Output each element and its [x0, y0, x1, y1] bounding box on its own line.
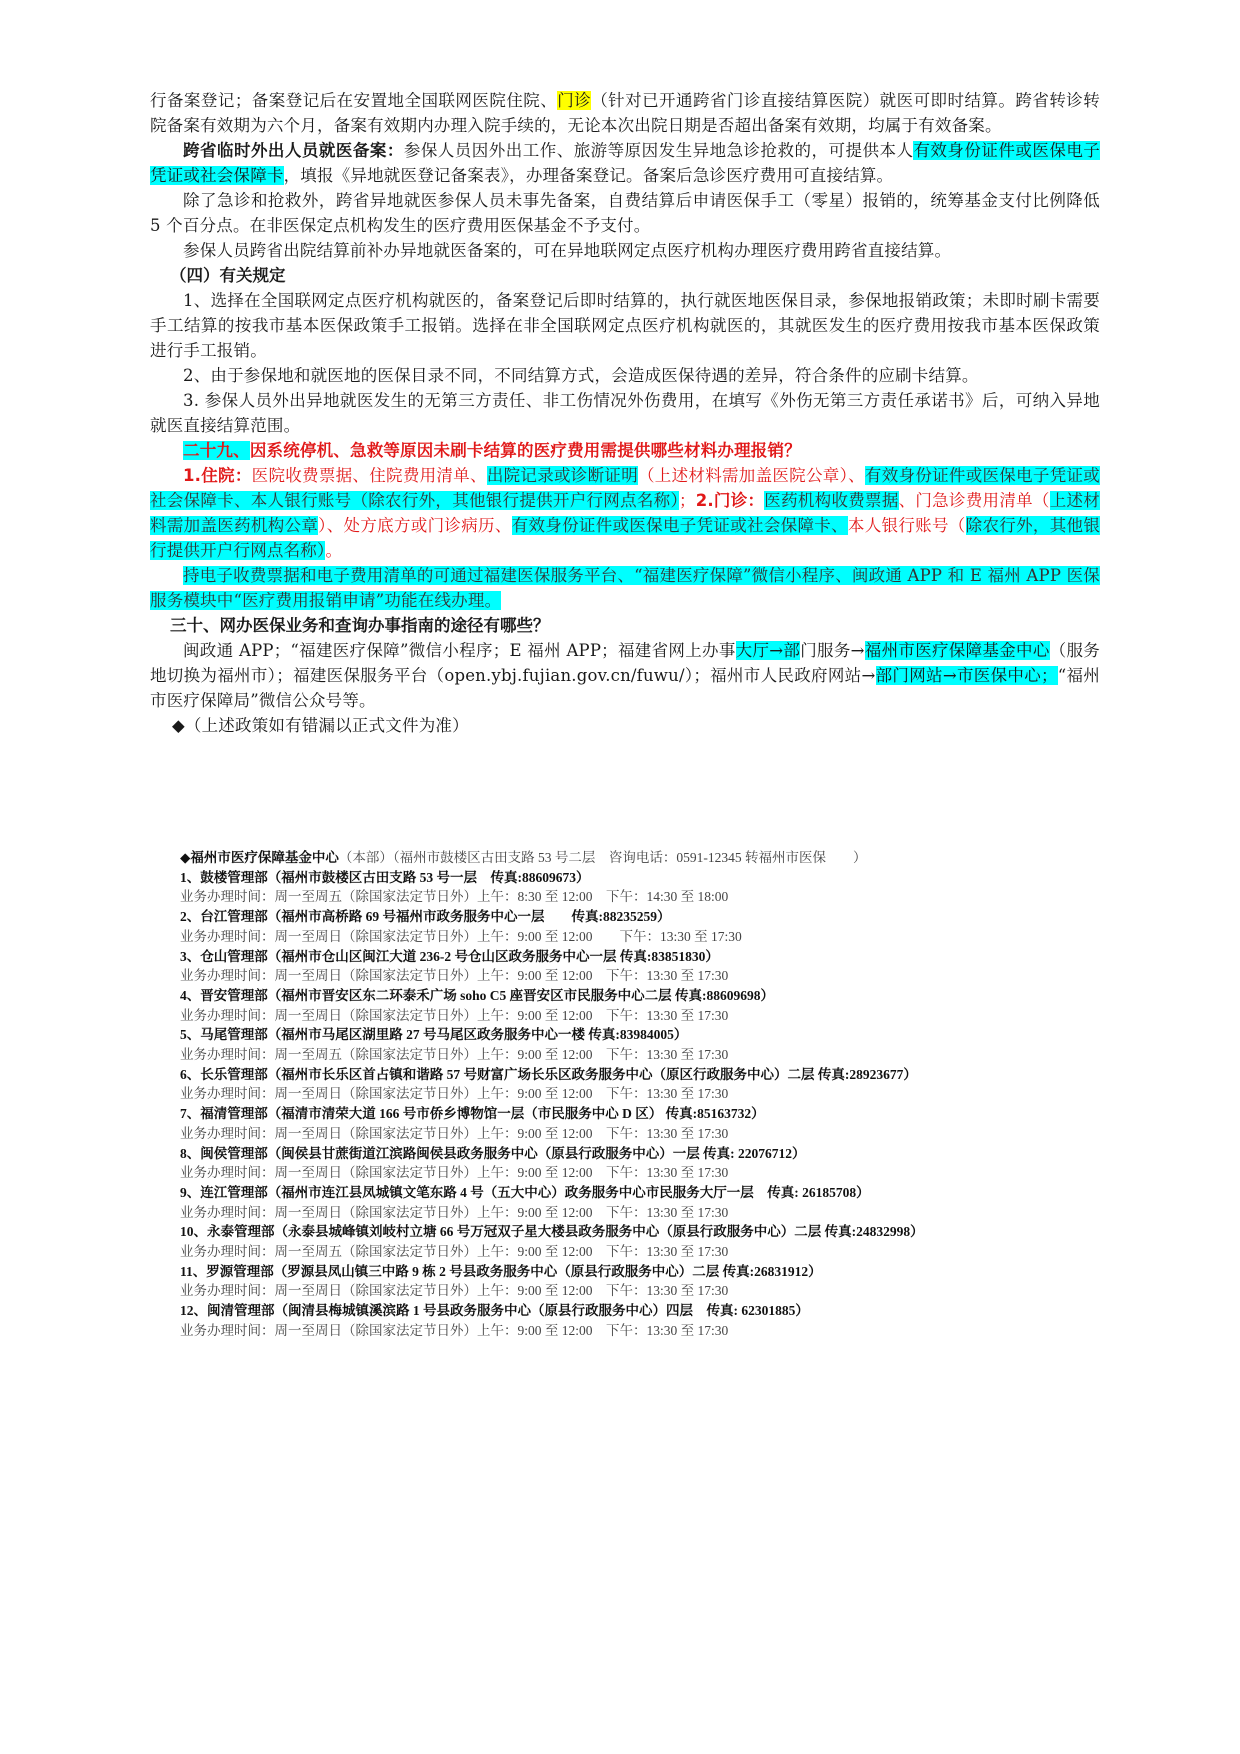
highlight: 福州市医疗保障基金中心	[865, 641, 1050, 660]
office-hours: 业务办理时间：周一至周日（除国家法定节日外）上午：9:00 至 12:00 下午…	[180, 1163, 1100, 1183]
section-heading-rules: （四）有关规定	[150, 263, 1100, 288]
office-hours: 业务办理时间：周一至周日（除国家法定节日外）上午：9:00 至 12:00 下午…	[180, 1084, 1100, 1104]
office-title: 1、鼓楼管理部（福州市鼓楼区古田支路 53 号一层 传真:88609673）	[180, 868, 1100, 888]
office-title: 6、长乐管理部（福州市长乐区首占镇和谐路 57 号财富广场长乐区政务服务中心（原…	[180, 1065, 1100, 1085]
office-hours: 业务办理时间：周一至周日（除国家法定节日外）上午：9:00 至 12:00 下午…	[180, 1321, 1100, 1341]
question-29-answer: 1.住院：医院收费票据、住院费用清单、出院记录或诊断证明（上述材料需加盖医院公章…	[150, 463, 1100, 563]
inpatient-label: 1.住院：	[183, 466, 252, 485]
text: 。	[325, 541, 342, 560]
paragraph-transfer-filing: 行备案登记；备案登记后在安置地全国联网医院住院、门诊（针对已开通跨省门诊直接结算…	[150, 88, 1100, 138]
office-title: 2、台江管理部（福州市高桥路 69 号福州市政务服务中心一层 传真:882352…	[180, 907, 1100, 927]
question-30-answer: 闽政通 APP；“福建医疗保障”微信小程序；E 福州 APP；福建省网上办事大厅…	[150, 638, 1100, 713]
text: 闽政通 APP；“福建医疗保障”微信小程序；E 福州 APP；福建省网上办事	[183, 641, 736, 660]
office-hours: 业务办理时间：周一至周日（除国家法定节日外）上午：9:00 至 12:00 下午…	[180, 966, 1100, 986]
question-29-online: 持电子收费票据和电子费用清单的可通过福建医保服务平台、“福建医疗保障”微信小程序…	[150, 563, 1100, 613]
text: 本人银行账号（	[848, 516, 966, 535]
rule-1: 1、选择在全国联网定点医疗机构就医的，备案登记后即时结算的，执行就医地医保目录，…	[150, 288, 1100, 363]
office-title: 5、马尾管理部（福州市马尾区湖里路 27 号马尾区政务服务中心一楼 传真:839…	[180, 1025, 1100, 1045]
office-hours: 业务办理时间：周一至周日（除国家法定节日外）上午：9:00 至 12:00 下午…	[180, 1124, 1100, 1144]
outpatient-label: 2.门诊：	[696, 491, 765, 510]
office-hours: 业务办理时间：周一至周五（除国家法定节日外）上午：8:30 至 12:00 下午…	[180, 887, 1100, 907]
office-hours: 业务办理时间：周一至周日（除国家法定节日外）上午：9:00 至 12:00 下午…	[180, 1203, 1100, 1223]
office-title: 10、永泰管理部（永泰县城峰镇刘岐村立塘 66 号万冠双子星大楼县政务服务中心（…	[180, 1222, 1100, 1242]
highlight: 出院记录或诊断证明	[487, 466, 638, 485]
paragraph-supplement-filing: 参保人员跨省出院结算前补办异地就医备案的，可在异地联网定点医疗机构办理医疗费用跨…	[150, 238, 1100, 263]
text: 参保人员因外出工作、旅游等原因发生异地急诊抢救的，可提供本人	[404, 141, 914, 160]
text: ）、处方底方或门诊病历、	[318, 516, 512, 535]
office-hours: 业务办理时间：周一至周五（除国家法定节日外）上午：9:00 至 12:00 下午…	[180, 1242, 1100, 1262]
question-title: 因系统停机、急救等原因未刷卡结算的医疗费用需提供哪些材料办理报销？	[250, 441, 801, 460]
text: ，填报《异地就医登记备案表》，办理备案登记。备案后急诊医疗费用可直接结算。	[284, 166, 894, 185]
question-30-heading: 三十、网办医保业务和查询办事指南的途径有哪些？	[150, 613, 1100, 638]
hq-details: （本部）（福州市鼓楼区古田支路 53 号二层 咨询电话：0591-12345 转…	[339, 850, 867, 865]
document-body: 行备案登记；备案登记后在安置地全国联网医院住院、门诊（针对已开通跨省门诊直接结算…	[150, 88, 1100, 738]
highlight: 部门网站→市医保中心；	[876, 666, 1058, 685]
office-hours: 业务办理时间：周一至周日（除国家法定节日外）上午：9:00 至 12:00 下午…	[180, 1281, 1100, 1301]
office-title: 11、罗源管理部（罗源县凤山镇三中路 9 栋 2 号县政务服务中心（原县行政服务…	[180, 1262, 1100, 1282]
text: ；	[679, 491, 696, 510]
rule-2: 2、由于参保地和就医地的医保目录不同，不同结算方式，会造成医保待遇的差异，符合条…	[150, 363, 1100, 388]
highlight: 大厅→部	[736, 641, 801, 660]
highlight-outpatient: 门诊	[557, 91, 591, 110]
contact-list: ◆福州市医疗保障基金中心（本部）（福州市鼓楼区古田支路 53 号二层 咨询电话：…	[180, 848, 1100, 1341]
office-hours: 业务办理时间：周一至周日（除国家法定节日外）上午：9:00 至 12:00 下午…	[180, 927, 1100, 947]
hq-line: ◆福州市医疗保障基金中心（本部）（福州市鼓楼区古田支路 53 号二层 咨询电话：…	[180, 848, 1100, 868]
paragraph-label: 跨省临时外出人员就医备案：	[183, 141, 404, 160]
office-hours: 业务办理时间：周一至周日（除国家法定节日外）上午：9:00 至 12:00 下午…	[180, 1006, 1100, 1026]
office-title: 12、闽清管理部（闽清县梅城镇溪滨路 1 号县政务服务中心（原县行政服务中心）四…	[180, 1301, 1100, 1321]
text: 行备案登记；备案登记后在安置地全国联网医院住院、	[150, 91, 557, 110]
office-title: 8、闽侯管理部（闽侯县甘蔗街道江滨路闽侯县政务服务中心（原县行政服务中心）一层 …	[180, 1144, 1100, 1164]
highlight: 持电子收费票据和电子费用清单的可通过福建医保服务平台、“福建医疗保障”微信小程序…	[150, 566, 1100, 610]
rule-3: 3. 参保人员外出异地就医发生的无第三方责任、非工伤情况外伤费用，在填写《外伤无…	[150, 388, 1100, 438]
office-title: 7、福清管理部（福清市清荣大道 166 号市侨乡博物馆一层（市民服务中心 D 区…	[180, 1104, 1100, 1124]
text: 、门急诊费用清单（	[899, 491, 1050, 510]
paragraph-temporary-filing: 跨省临时外出人员就医备案：参保人员因外出工作、旅游等原因发生异地急诊抢救的，可提…	[150, 138, 1100, 188]
office-list: 1、鼓楼管理部（福州市鼓楼区古田支路 53 号一层 传真:88609673）业务…	[180, 868, 1100, 1341]
office-title: 3、仓山管理部（福州市仓山区闽江大道 236-2 号仓山区政务服务中心一层 传真…	[180, 947, 1100, 967]
text: （上述材料需加盖医院公章）、	[638, 466, 865, 485]
hq-name: ◆福州市医疗保障基金中心	[180, 850, 339, 865]
text: 门服务→	[800, 641, 864, 660]
question-number: 二十九、	[183, 441, 250, 460]
question-29-heading: 二十九、因系统停机、急救等原因未刷卡结算的医疗费用需提供哪些材料办理报销？	[150, 438, 1100, 463]
text: 医院收费票据、住院费用清单、	[252, 466, 487, 485]
paragraph-non-filing: 除了急诊和抢救外，跨省异地就医参保人员未事先备案，自费结算后申请医保手工（零星）…	[150, 188, 1100, 238]
highlight: 有效身份证件或医保电子凭证或社会保障卡、	[512, 516, 848, 535]
disclaimer: ◆（上述政策如有错漏以正式文件为准）	[150, 713, 1100, 738]
office-hours: 业务办理时间：周一至周五（除国家法定节日外）上午：9:00 至 12:00 下午…	[180, 1045, 1100, 1065]
highlight: 医药机构收费票据	[764, 491, 898, 510]
office-title: 9、连江管理部（福州市连江县凤城镇文笔东路 4 号（五大中心）政务服务中心市民服…	[180, 1183, 1100, 1203]
office-title: 4、晋安管理部（福州市晋安区东二环泰禾广场 soho C5 座晋安区市民服务中心…	[180, 986, 1100, 1006]
